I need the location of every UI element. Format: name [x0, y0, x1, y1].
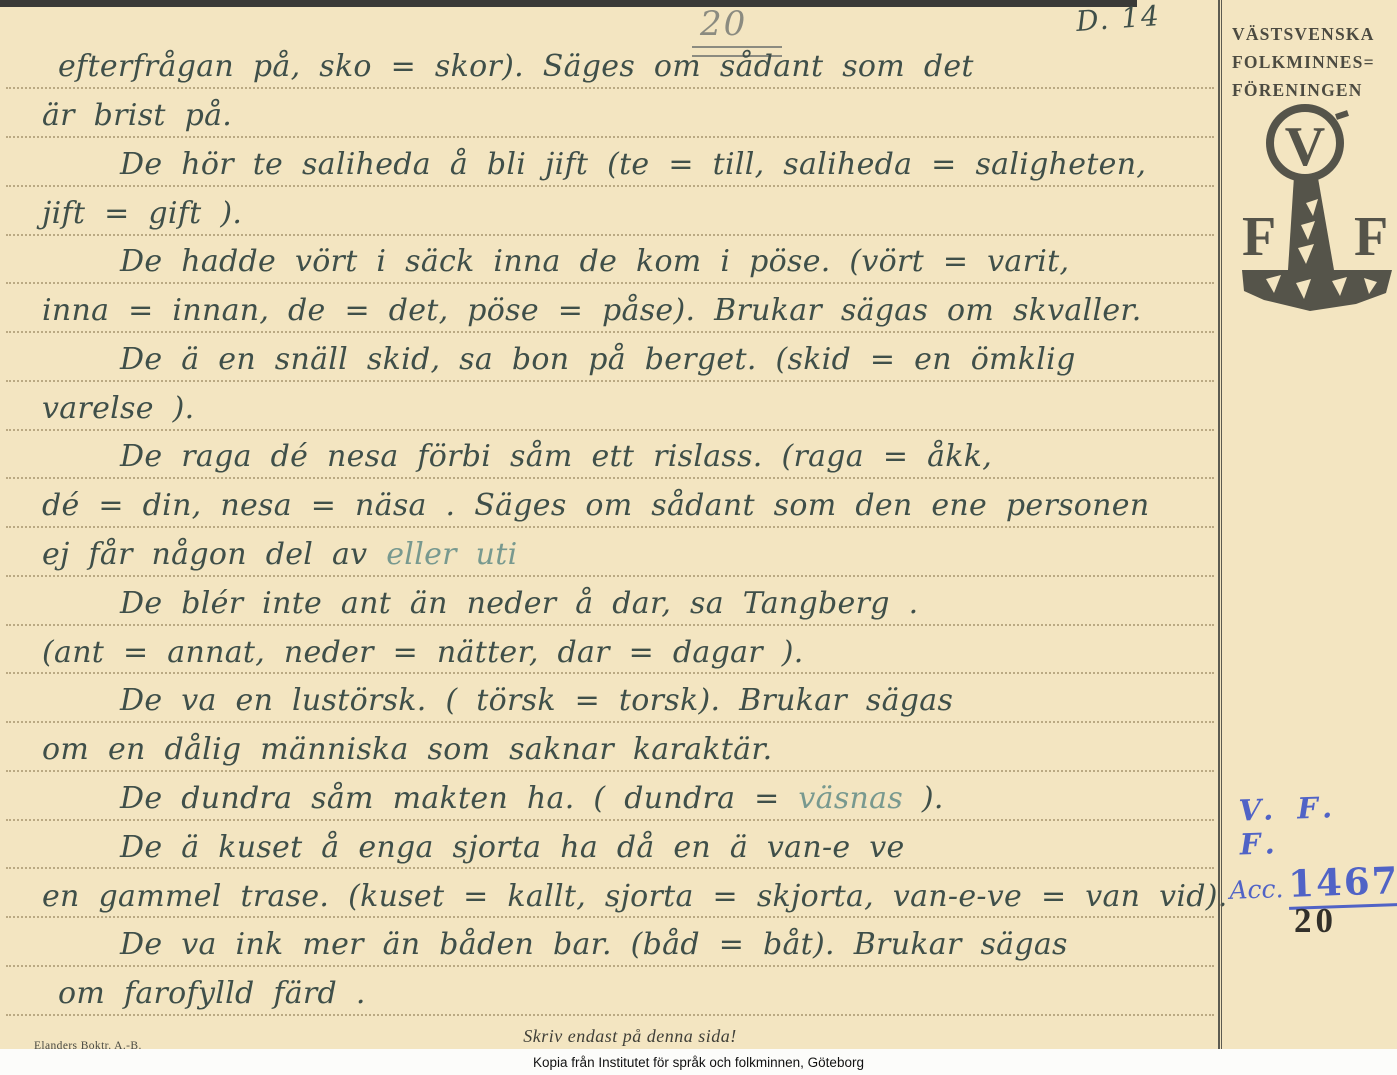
- margin-separator-line: [1218, 0, 1222, 1050]
- manuscript-line: om en dålig människa som saknar karaktär…: [0, 731, 1218, 773]
- svg-text:F: F: [1354, 206, 1388, 268]
- stamp-vff-text: V. F. F.: [1238, 788, 1397, 861]
- manuscript-text: varelse ).: [42, 391, 194, 426]
- manuscript-line: jift = gift ).: [0, 195, 1218, 237]
- pencil-page-number: 20: [700, 4, 747, 44]
- manuscript-line: De va ink mer än båden bar. (båd = båt).…: [0, 926, 1218, 968]
- manuscript-line: De hör te saliheda å bli jift (te = till…: [0, 146, 1218, 188]
- manuscript-text: De ä kuset å enga sjorta ha då en ä van-…: [120, 830, 905, 865]
- manuscript-line: De va en lustörsk. ( törsk = torsk). Bru…: [0, 682, 1218, 724]
- document-number: D. 14: [1075, 0, 1162, 38]
- manuscript-text: ej får någon del av: [42, 537, 386, 572]
- manuscript-line: De dundra såm makten ha. ( dundra = väsn…: [0, 780, 1218, 822]
- manuscript-text: jift = gift ).: [42, 196, 242, 231]
- manuscript-line: en gammel trase. (kuset = kallt, sjorta …: [0, 878, 1218, 920]
- manuscript-text: De dundra såm makten ha. ( dundra =: [120, 781, 798, 816]
- manuscript-text: efterfrågan på, sko = skor). Säges om så…: [58, 49, 974, 84]
- letterhead-line3: FÖRENINGEN: [1232, 76, 1392, 104]
- vff-logo-icon: V F F: [1238, 103, 1396, 318]
- manuscript-line: De ä en snäll skid, sa bon på berget. (s…: [0, 341, 1218, 383]
- manuscript-text: De blér inte ant än neder å dar, sa Tang…: [120, 586, 918, 621]
- manuscript-text: De hadde vört i säck inna de kom i pöse.…: [120, 244, 1069, 279]
- manuscript-line: efterfrågan på, sko = skor). Säges om så…: [0, 48, 1218, 90]
- manuscript-line: om farofylld färd .: [0, 975, 1218, 1017]
- manuscript-line: De blér inte ant än neder å dar, sa Tang…: [0, 585, 1218, 627]
- manuscript-text: om farofylld färd .: [58, 976, 366, 1011]
- manuscript-line: är brist på.: [0, 97, 1218, 139]
- vff-thors-hammer-logo: V F F: [1238, 103, 1396, 322]
- manuscript-text: De hör te saliheda å bli jift (te = till…: [120, 147, 1146, 182]
- accession-stamp: V. F. F. Acc. 1467: [1226, 788, 1397, 908]
- letterhead: VÄSTSVENSKA FOLKMINNES= FÖRENINGEN: [1232, 20, 1392, 104]
- manuscript-line: dé = din, nesa = näsa . Säges om sådant …: [0, 487, 1218, 529]
- manuscript-text: en gammel trase. (kuset = kallt, sjorta …: [42, 879, 1228, 914]
- scanned-manuscript-page: 20 D. 14 efterfrågan på, sko = skor). Sä…: [0, 0, 1397, 1075]
- manuscript-text: De raga dé nesa förbi såm ett rislass. (…: [120, 439, 992, 474]
- print-instruction: Skriv endast på denna sida!: [0, 1026, 1260, 1047]
- manuscript-line: varelse ).: [0, 390, 1218, 432]
- manuscript-line: De raga dé nesa förbi såm ett rislass. (…: [0, 438, 1218, 480]
- manuscript-text: dé = din, nesa = näsa . Säges om sådant …: [42, 488, 1149, 523]
- manuscript-text: (ant = annat, neder = nätter, dar = daga…: [42, 635, 804, 670]
- manuscript-text: ).: [903, 781, 944, 816]
- letterhead-line2: FOLKMINNES=: [1232, 48, 1392, 76]
- manuscript-text: om en dålig människa som saknar karaktär…: [42, 732, 773, 767]
- letterhead-line1: VÄSTSVENSKA: [1232, 20, 1392, 48]
- manuscript-line: De ä kuset å enga sjorta ha då en ä van-…: [0, 829, 1218, 871]
- archive-caption-text: Kopia från Institutet för språk och folk…: [533, 1055, 864, 1070]
- manuscript-line: inna = innan, de = det, pöse = påse). Br…: [0, 292, 1218, 334]
- manuscript-text-pencil: eller uti: [386, 537, 517, 572]
- svg-text:F: F: [1242, 206, 1276, 268]
- manuscript-line: De hadde vört i säck inna de kom i pöse.…: [0, 243, 1218, 285]
- archive-caption-bar: Kopia från Institutet för språk och folk…: [0, 1049, 1397, 1075]
- manuscript-text: De va en lustörsk. ( törsk = torsk). Bru…: [120, 683, 953, 718]
- svg-text:V: V: [1285, 116, 1325, 178]
- manuscript-text: De va ink mer än båden bar. (båd = båt).…: [120, 927, 1068, 962]
- manuscript-text: är brist på.: [42, 98, 232, 133]
- manuscript-line: (ant = annat, neder = nätter, dar = daga…: [0, 634, 1218, 676]
- manuscript-text: inna = innan, de = det, pöse = påse). Br…: [42, 293, 1142, 328]
- manuscript-text: De ä en snäll skid, sa bon på berget. (s…: [120, 342, 1076, 377]
- stamp-acc-label: Acc.: [1229, 874, 1284, 905]
- manuscript-line: ej får någon del av eller uti: [0, 536, 1218, 578]
- manuscript-text-pencil: väsnas: [798, 781, 903, 816]
- scan-edge: [0, 0, 1137, 7]
- page-number-stamp: 20: [1294, 901, 1337, 941]
